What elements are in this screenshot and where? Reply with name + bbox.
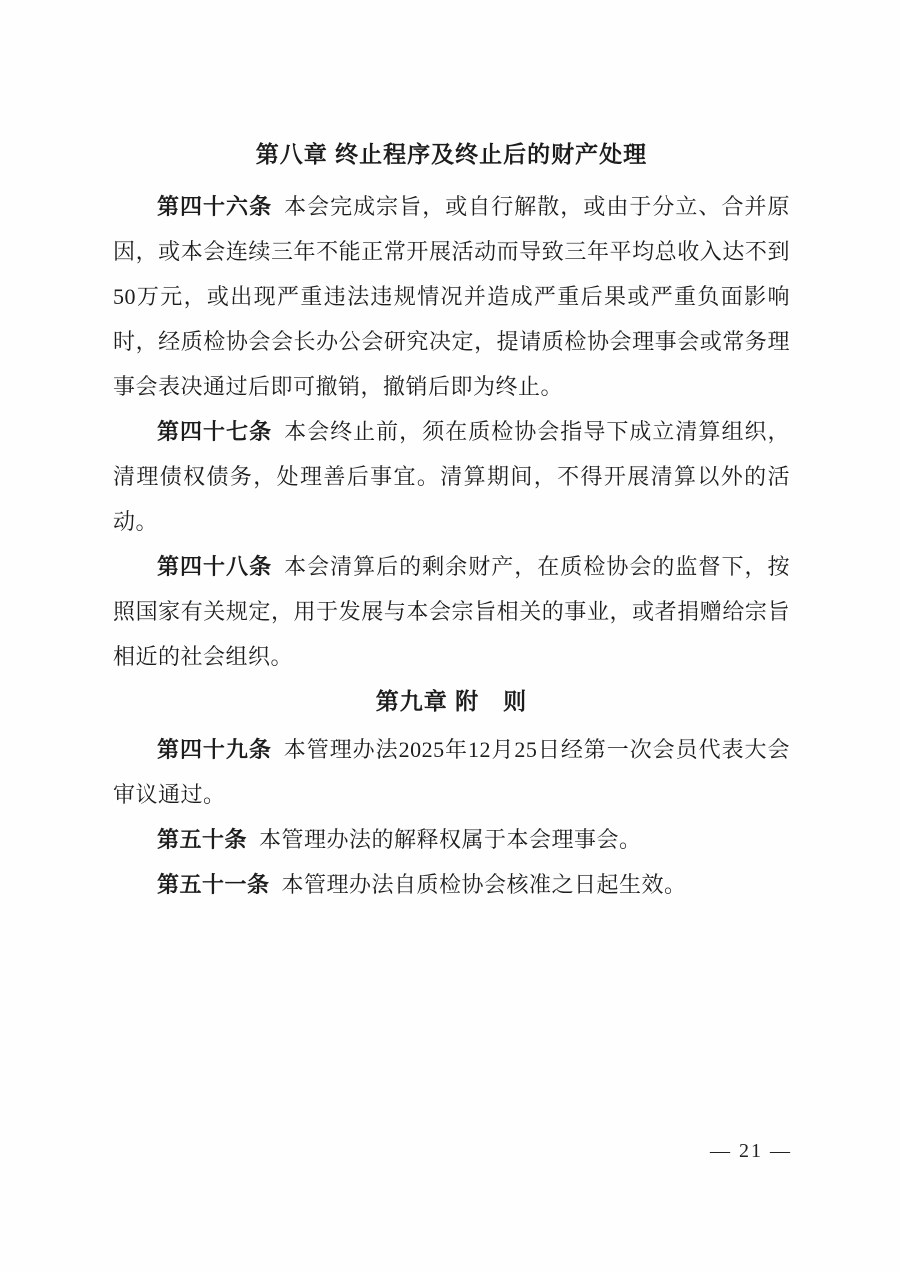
article-46-text: 本会完成宗旨，或自行解散，或由于分立、合并原因，或本会连续三年不能正常开展活动而… xyxy=(113,194,790,399)
article-50: 第五十条本管理办法的解释权属于本会理事会。 xyxy=(113,817,790,862)
document-page: 第八章 终止程序及终止后的财产处理 第四十六条本会完成宗旨，或自行解散，或由于分… xyxy=(0,0,900,1273)
article-50-label: 第五十条 xyxy=(157,827,247,852)
article-46: 第四十六条本会完成宗旨，或自行解散，或由于分立、合并原因，或本会连续三年不能正常… xyxy=(113,184,790,409)
article-51: 第五十一条本管理办法自质检协会核准之日起生效。 xyxy=(113,862,790,907)
article-49-label: 第四十九条 xyxy=(157,737,272,762)
article-48-label: 第四十八条 xyxy=(157,554,272,579)
chapter-8-title: 第八章 终止程序及终止后的财产处理 xyxy=(113,138,790,170)
page-content: 第八章 终止程序及终止后的财产处理 第四十六条本会完成宗旨，或自行解散，或由于分… xyxy=(113,138,790,907)
chapter-9-title: 第九章 附 则 xyxy=(113,685,790,717)
page-number: — 21 — xyxy=(710,1140,792,1163)
article-51-text: 本管理办法自质检协会核准之日起生效。 xyxy=(282,872,687,897)
article-49: 第四十九条本管理办法2025年12月25日经第一次会员代表大会审议通过。 xyxy=(113,727,790,817)
article-46-label: 第四十六条 xyxy=(157,194,272,219)
article-47-label: 第四十七条 xyxy=(157,419,272,444)
article-51-label: 第五十一条 xyxy=(157,872,270,897)
article-48: 第四十八条本会清算后的剩余财产，在质检协会的监督下，按照国家有关规定，用于发展与… xyxy=(113,544,790,679)
article-50-text: 本管理办法的解释权属于本会理事会。 xyxy=(259,827,642,852)
article-47: 第四十七条本会终止前，须在质检协会指导下成立清算组织，清理债权债务，处理善后事宜… xyxy=(113,409,790,544)
